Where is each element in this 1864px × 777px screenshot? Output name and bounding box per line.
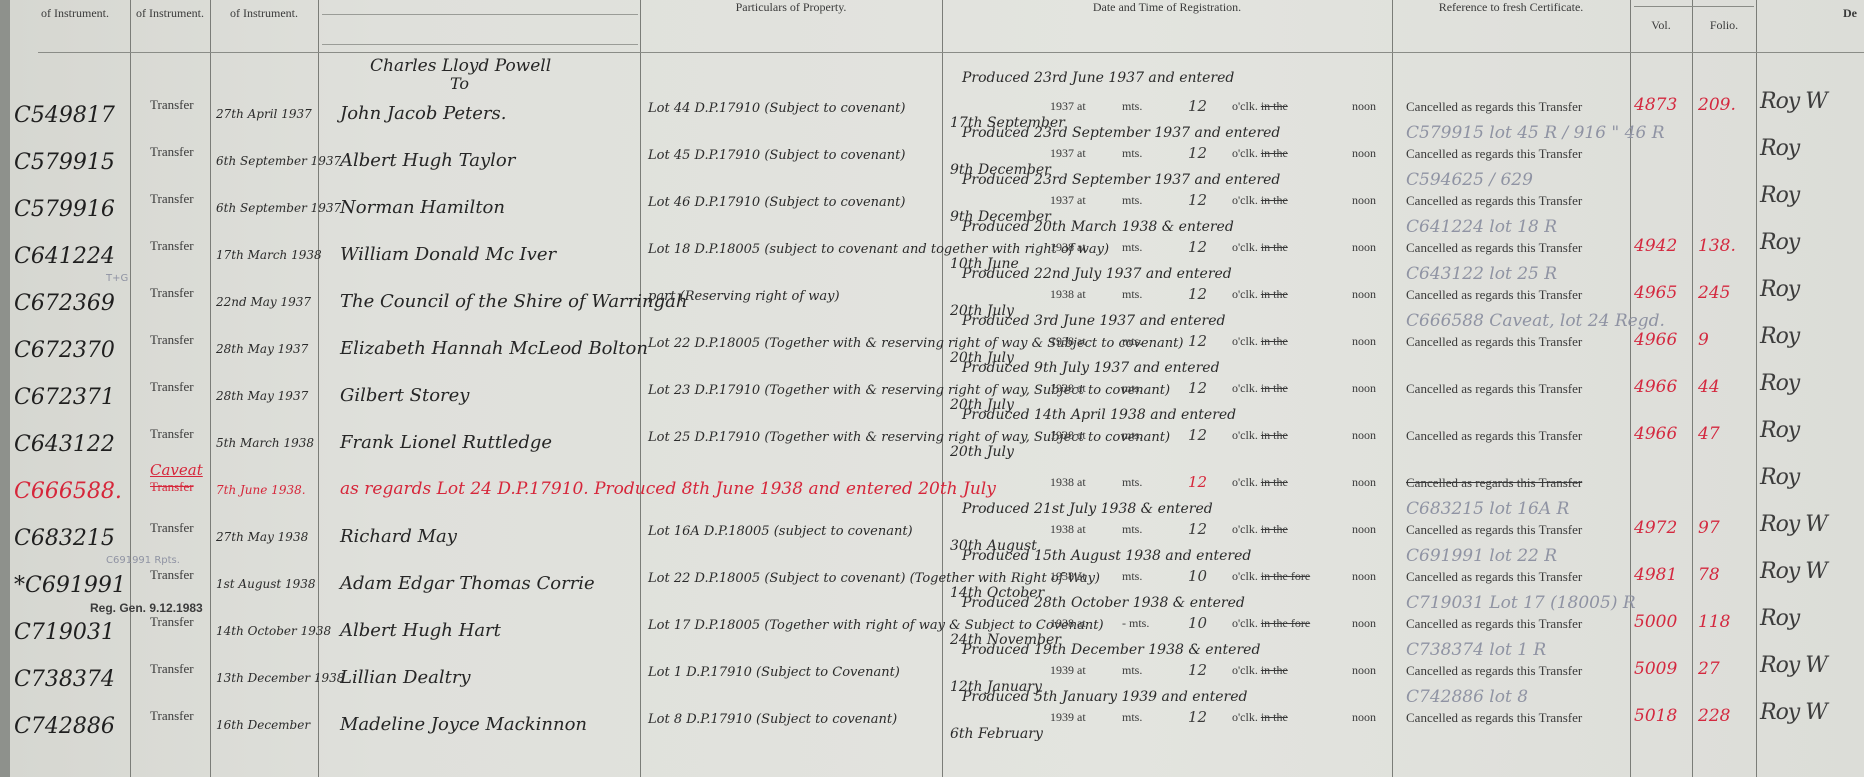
transferee-name: John Jacob Peters. [340,103,506,124]
cancelled-note: Cancelled as regards this Transfer [1406,287,1582,303]
instrument-date: 22nd May 1937 [216,295,311,309]
property-particulars: Lot 25 D.P.17910 (Together with & reserv… [648,430,1170,445]
certificate-number: C672369 [14,291,115,316]
noon-label: noon [1352,99,1376,114]
minutes-label: mts. [1122,99,1142,114]
produced-note: Produced 9th July 1937 and entered [962,360,1220,376]
noon-label: noon [1352,428,1376,443]
registration-year: 1938 at [1050,287,1086,302]
registration-year: 1938 at [1050,616,1086,631]
transferee-name: Richard May [340,526,457,547]
instrument-date: 17th March 1938 [216,248,322,262]
property-particulars: Lot 46 D.P.17910 (Subject to covenant) [648,195,905,210]
instrument-date: 5th March 1938 [216,436,314,450]
property-particulars: part (Reserving right of way) [648,289,840,304]
produced-note: Produced 20th March 1938 & entered [962,219,1234,235]
transferor-to: To [450,74,469,93]
registration-hour: 12 [1188,97,1207,115]
instrument-date: 6th September 1937 [216,201,341,215]
volume-number: 5018 [1634,706,1677,726]
noon-label: noon [1352,663,1376,678]
struck-transfer-label: Transfer [150,479,194,494]
property-particulars: Lot 22 D.P.18005 (Subject to covenant) (… [648,571,1100,586]
volume-number: 5009 [1634,659,1677,679]
register-entry: C666588. CaveatTransfer 7th June 1938. a… [10,471,1864,523]
transferee-name: Madeline Joyce Mackinnon [340,714,587,735]
instrument-date: 16th December [216,718,310,732]
oclock-label: o'clk. in the [1232,663,1288,678]
vol-folio-rule [1634,6,1754,7]
noon-label: noon [1352,710,1376,725]
instrument-kind: Transfer [150,708,194,724]
cancelled-note: Cancelled as regards this Transfer [1406,99,1582,115]
minutes-label: mts. [1122,287,1142,302]
folio-number: 209. [1698,95,1736,115]
oclock-label: o'clk. in the [1232,522,1288,537]
instrument-date: 27th May 1938 [216,530,308,544]
registration-hour: 12 [1188,661,1207,679]
folio-number: 78 [1698,565,1720,585]
property-particulars: Lot 45 D.P.17910 (Subject to covenant) [648,148,905,163]
transferee-name: William Donald Mc Iver [340,244,556,265]
transferee-name: as regards Lot 24 D.P.17910. Produced 8t… [340,479,996,499]
registration-hour: 10 [1188,614,1207,632]
scan-edge [0,0,10,777]
property-particulars: Lot 44 D.P.17910 (Subject to covenant) [648,101,905,116]
noon-label: noon [1352,193,1376,208]
registration-hour: 12 [1188,238,1207,256]
registration-day: 6th February [950,726,1043,742]
margin-note: T+G [106,273,128,284]
certificate-number: C742886 [14,714,115,739]
cancelled-note: Cancelled as regards this Transfer [1406,663,1582,679]
registration-hour: 12 [1188,379,1207,397]
registration-year: 1938 at [1050,334,1086,349]
registration-year: 1937 at [1050,99,1086,114]
volume-number: 4981 [1634,565,1677,585]
pencil-annotation: C691991 lot 22 R [1406,546,1557,566]
oclock-label: o'clk. in the [1232,334,1288,349]
produced-note: Produced 3rd June 1937 and entered [962,313,1225,329]
registrar-signature: Roy [1760,371,1799,396]
instrument-date: 28th May 1937 [216,342,308,356]
registrar-signature: Roy [1760,183,1799,208]
registrar-signature: Roy W [1760,653,1827,678]
instrument-kind: Transfer [150,332,194,348]
pencil-annotation: C594625 / 629 [1406,170,1533,190]
minutes-label: mts. [1122,428,1142,443]
registration-day: 20th July [950,444,1014,460]
instrument-kind: Transfer [150,567,194,583]
certificate-number: C579915 [14,150,115,175]
oclock-label: o'clk. in the [1232,710,1288,725]
registrar-signature: Roy [1760,418,1799,443]
cancelled-note: Cancelled as regards this Transfer [1406,146,1582,162]
property-particulars: Lot 18 D.P.18005 (subject to covenant an… [648,242,1109,257]
registrar-signature: Roy W [1760,512,1827,537]
produced-note: Produced 21st July 1938 & entered [962,501,1213,517]
minutes-label: mts. [1122,334,1142,349]
pencil-annotation: C738374 lot 1 R [1406,640,1546,660]
pencil-annotation: C641224 lot 18 R [1406,217,1557,237]
registration-year: 1938 at [1050,569,1086,584]
certificate-number: C719031 [14,620,115,645]
certificate-number: C672371 [14,385,115,410]
folio-number: 228 [1698,706,1730,726]
instrument-kind: Transfer [150,520,194,536]
volume-number: 4966 [1634,377,1677,397]
property-particulars: Lot 22 D.P.18005 (Together with & reserv… [648,336,1183,351]
header-fresh-certificate: Reference to fresh Certificate. [1392,0,1630,14]
volume-number: 4965 [1634,283,1677,303]
cancelled-note: Cancelled as regards this Transfer [1406,428,1582,444]
registrar-signature: Roy W [1760,89,1827,114]
transferee-name: Gilbert Storey [340,385,469,406]
registration-hour: 12 [1188,708,1207,726]
pencil-annotation: C742886 lot 8 [1406,687,1528,707]
volume-number: 4972 [1634,518,1677,538]
transferor-name: Charles Lloyd Powell [370,56,551,76]
produced-note: Produced 15th August 1938 and entered [962,548,1251,564]
register-entry: C672369 Transfer 22nd May 1937 The Counc… [10,283,1864,335]
instrument-kind: Transfer [150,379,194,395]
minutes-label: mts. [1122,569,1142,584]
pencil-annotation: C666588 Caveat, lot 24 Regd. [1406,311,1665,331]
certificate-number: C579916 [14,197,115,222]
certificate-number: *C691991 [14,573,126,598]
instrument-kind: Transfer [150,614,194,630]
register-entry: C742886 Transfer 16th December Madeline … [10,706,1864,758]
register-entry: C579915 Transfer 6th September 1937 Albe… [10,142,1864,194]
registration-year: 1937 at [1050,193,1086,208]
registrar-signature: Roy [1760,606,1799,631]
noon-label: noon [1352,334,1376,349]
instrument-date: 14th October 1938 [216,624,331,638]
registration-hour: 10 [1188,567,1207,585]
certificate-number: C549817 [14,103,115,128]
pencil-annotation: C719031 Lot 17 (18005) R [1406,593,1636,613]
minutes-label: mts. [1122,522,1142,537]
registrar-signature: Roy W [1760,559,1827,584]
pencil-annotation: C683215 lot 16A R [1406,499,1569,519]
property-particulars: Lot 17 D.P.18005 (Together with right of… [648,618,1104,633]
certificate-number: C643122 [14,432,115,457]
registrar-signature: Roy [1760,324,1799,349]
pencil-annotation: C579915 lot 45 R / 916 " 46 R [1406,123,1665,143]
header-vol: Vol. [1630,18,1692,32]
instrument-kind: Transfer [150,426,194,442]
folio-number: 138. [1698,236,1736,256]
register-entry: C738374 Transfer 13th December 1938 Lill… [10,659,1864,711]
register-entry: C643122 Transfer 5th March 1938 Frank Li… [10,424,1864,476]
instrument-date: 6th September 1937 [216,154,341,168]
oclock-label: o'clk. in the [1232,287,1288,302]
registration-year: 1939 at [1050,663,1086,678]
register-entry: C579916 Transfer 6th September 1937 Norm… [10,189,1864,241]
registration-hour: 12 [1188,332,1207,350]
volume-number: 5000 [1634,612,1677,632]
oclock-label: o'clk. in the [1232,193,1288,208]
certificate-number: C666588. [14,479,122,504]
folio-number: 245 [1698,283,1730,303]
noon-label: noon [1352,287,1376,302]
transferee-name: Norman Hamilton [340,197,505,218]
registration-hour: 12 [1188,191,1207,209]
header-date-time: Date and Time of Registration. [942,0,1392,14]
caveat-label: Caveat [150,461,203,479]
minutes-label: mts. [1122,475,1142,490]
volume-number: 4966 [1634,424,1677,444]
oclock-label: o'clk. in the [1232,99,1288,114]
produced-note: Produced 5th January 1939 and entered [962,689,1247,705]
instrument-kind: Transfer [150,144,194,160]
volume-number: 4966 [1634,330,1677,350]
registration-hour: 12 [1188,520,1207,538]
registrar-signature: Roy [1760,136,1799,161]
instrument-kind: Transfer [150,97,194,113]
register-entry: *C691991 Transfer 1st August 1938 Adam E… [10,565,1864,617]
volume-number: 4942 [1634,236,1677,256]
transferee-name: Adam Edgar Thomas Corrie [340,573,595,594]
property-particulars: Lot 8 D.P.17910 (Subject to covenant) [648,712,897,727]
noon-label: noon [1352,522,1376,537]
cancelled-note: Cancelled as regards this Transfer [1406,616,1582,632]
transferee-name: Elizabeth Hannah McLeod Bolton [340,338,648,359]
produced-note: Produced 22nd July 1937 and entered [962,266,1232,282]
minutes-label: mts. [1122,381,1142,396]
transferee-name: Frank Lionel Ruttledge [340,432,552,453]
instrument-kind: Transfer [150,285,194,301]
folio-number: 9 [1698,330,1709,350]
minutes-label: mts. [1122,663,1142,678]
oclock-label: o'clk. in the [1232,381,1288,396]
header-particulars: Particulars of Property. [640,0,942,14]
instrument-kind: Transfer [150,191,194,207]
certificate-number: C738374 [14,667,115,692]
folio-number: 27 [1698,659,1720,679]
certificate-number: C683215 [14,526,115,551]
cancelled-note: Cancelled as regards this Transfer [1406,522,1582,538]
transferee-name: Lillian Dealtry [340,667,471,688]
registration-year: 1938 at [1050,428,1086,443]
certificate-number: C641224 [14,244,115,269]
volume-number: 4873 [1634,95,1677,115]
cancelled-note: Cancelled as regards this Transfer [1406,475,1582,491]
header-col2: of Instrument. [130,6,210,20]
registration-hour: 12 [1188,144,1207,162]
registration-year: 1937 at [1050,146,1086,161]
registration-year: 1938 at [1050,240,1086,255]
dotted-rule [322,14,638,15]
minutes-label: mts. [1122,146,1142,161]
noon-label: noon [1352,146,1376,161]
instrument-date: 13th December 1938 [216,671,344,685]
dotted-rule [322,44,638,45]
noon-label: noon [1352,475,1376,490]
certificate-number: C672370 [14,338,115,363]
oclock-label: o'clk. in the [1232,146,1288,161]
produced-note: Produced 28th October 1938 & entered [962,595,1245,611]
instrument-kind: Transfer [150,238,194,254]
registration-year: 1938 at [1050,475,1086,490]
property-particulars: Lot 16A D.P.18005 (subject to covenant) [648,524,913,539]
instrument-kind: CaveatTransfer [150,461,203,495]
noon-label: noon [1352,240,1376,255]
cancelled-note: Cancelled as regards this Transfer [1406,710,1582,726]
first-produced-note: Produced 23rd June 1937 and entered [962,70,1234,86]
noon-label: noon [1352,616,1376,631]
folio-number: 118 [1698,612,1730,632]
cancelled-note: Cancelled as regards this Transfer [1406,240,1582,256]
produced-note: Produced 23rd September 1937 and entered [962,172,1280,188]
noon-label: noon [1352,569,1376,584]
header-col10: De [1830,6,1864,20]
header-col1: of Instrument. [20,6,130,20]
instrument-date: 7th June 1938. [216,483,306,497]
register-entry: C641224 Transfer 17th March 1938 William… [10,236,1864,288]
registrar-signature: Roy [1760,465,1799,490]
folio-number: 47 [1698,424,1720,444]
header-rule [38,52,1864,53]
oclock-label: o'clk. in the [1232,475,1288,490]
folio-number: 44 [1698,377,1720,397]
produced-note: Produced 23rd September 1937 and entered [962,125,1280,141]
oclock-label: o'clk. in the [1232,240,1288,255]
header-folio: Folio. [1692,18,1756,32]
property-particulars: Lot 23 D.P.17910 (Together with & reserv… [648,383,1170,398]
registrar-signature: Roy W [1760,700,1827,725]
cancelled-note: Cancelled as regards this Transfer [1406,193,1582,209]
instrument-date: 28th May 1937 [216,389,308,403]
pencil-annotation: C643122 lot 25 R [1406,264,1557,284]
registrar-signature: Roy [1760,230,1799,255]
transferee-name: Albert Hugh Hart [340,620,501,641]
minutes-label: - mts. [1122,616,1149,631]
noon-label: noon [1352,381,1376,396]
registrar-signature: Roy [1760,277,1799,302]
minutes-label: mts. [1122,710,1142,725]
folio-number: 97 [1698,518,1720,538]
transferee-name: Albert Hugh Taylor [340,150,515,171]
produced-note: Produced 19th December 1938 & entered [962,642,1260,658]
cancelled-note: Cancelled as regards this Transfer [1406,381,1582,397]
register-entry: C683215 Transfer 27th May 1938 Richard M… [10,518,1864,570]
instrument-date: 1st August 1938 [216,577,316,591]
minutes-label: mts. [1122,193,1142,208]
instrument-kind: Transfer [150,661,194,677]
register-entry: C672371 Transfer 28th May 1937 Gilbert S… [10,377,1864,429]
register-entry: C549817 Transfer 27th April 1937 John Ja… [10,95,1864,147]
produced-note: Produced 14th April 1938 and entered [962,407,1236,423]
margin-note: C691991 Rpts. [106,555,180,566]
minutes-label: mts. [1122,240,1142,255]
registration-hour: 12 [1188,473,1207,491]
instrument-date: 27th April 1937 [216,107,312,121]
transferee-name: The Council of the Shire of Warringah [340,291,687,312]
property-particulars: Lot 1 D.P.17910 (Subject to Covenant) [648,665,900,680]
register-page: of Instrument. of Instrument. of Instrum… [10,0,1864,777]
register-entry: C719031 Transfer 14th October 1938 Alber… [10,612,1864,664]
registration-hour: 12 [1188,426,1207,444]
oclock-label: o'clk. in the fore [1232,616,1310,631]
cancelled-note: Cancelled as regards this Transfer [1406,569,1582,585]
oclock-label: o'clk. in the fore [1232,569,1310,584]
header-col3: of Instrument. [210,6,318,20]
registration-year: 1939 at [1050,710,1086,725]
registration-year: 1938 at [1050,522,1086,537]
register-entry: C672370 Transfer 28th May 1937 Elizabeth… [10,330,1864,382]
registration-hour: 12 [1188,285,1207,303]
cancelled-note: Cancelled as regards this Transfer [1406,334,1582,350]
oclock-label: o'clk. in the [1232,428,1288,443]
registration-year: 1938 at [1050,381,1086,396]
